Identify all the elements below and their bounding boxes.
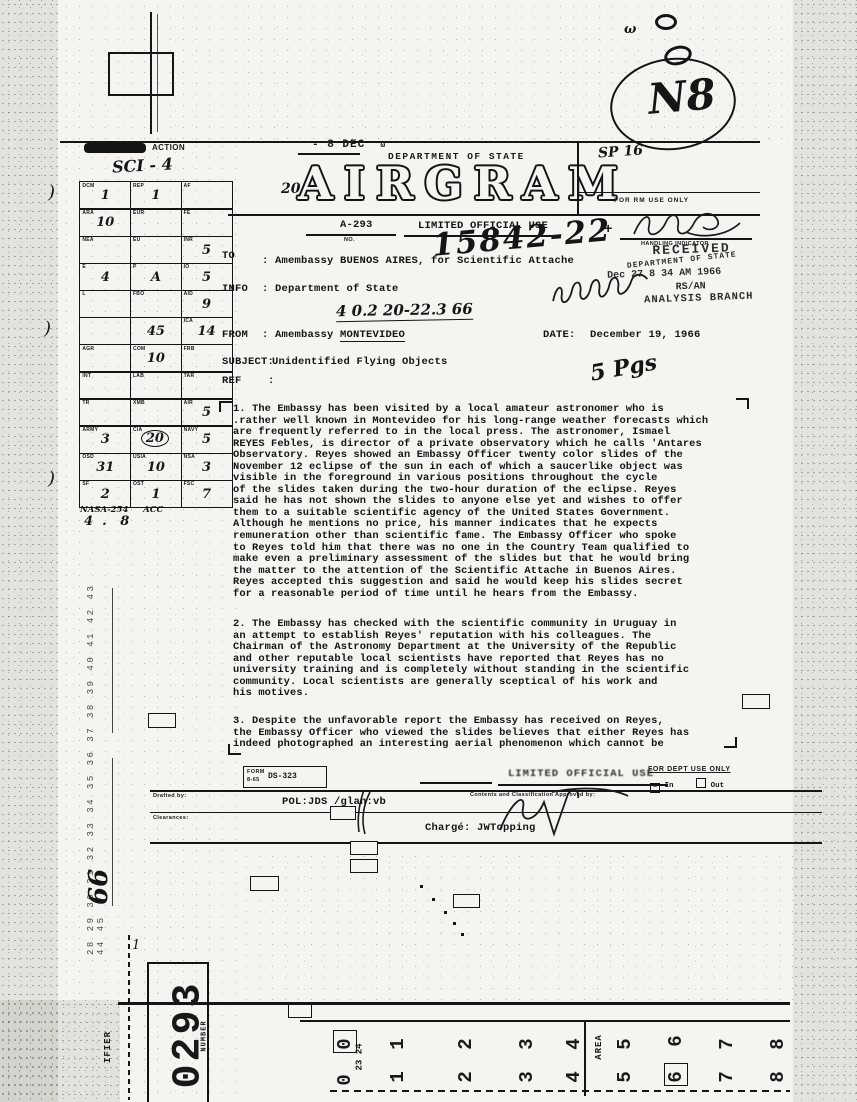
distribution-row: TRXMBAIR5 (80, 399, 232, 426)
number-label: NUMBER (201, 1020, 209, 1051)
distribution-cell: ARA10 (79, 208, 131, 237)
action-blackout (84, 143, 146, 153)
to-label: TO (222, 251, 235, 263)
right-margin-noise (793, 0, 857, 1102)
distribution-cell: TR (79, 398, 131, 427)
distribution-cell-label: L (82, 291, 85, 297)
digit: 1 (387, 1066, 409, 1082)
form-label: FORM (247, 769, 265, 775)
punch-box (350, 859, 378, 873)
paragraph-3: 3. Despite the unfavorable report the Em… (233, 716, 741, 751)
punch-box (148, 713, 176, 728)
distribution-cell: NEA (79, 236, 131, 265)
digit-pairs-small: 23 24 (355, 1043, 365, 1070)
distribution-cell: INT (79, 371, 131, 400)
pages-note: 5 Pgs (588, 349, 659, 386)
dot (453, 922, 456, 925)
distribution-cell-value: 3 (182, 460, 232, 475)
distribution-cell: COM10 (130, 344, 182, 373)
clearance-line-2 (150, 812, 822, 813)
distribution-cell: OST1 (130, 480, 182, 509)
distribution-row: E4PAIO5 (80, 263, 232, 290)
digit-row-topline (300, 1020, 790, 1022)
distribution-cell (79, 317, 131, 346)
distribution-cell-label: EU (133, 237, 141, 243)
distribution-row: 45ICA14 (80, 318, 232, 345)
distribution-row: ARA10EURFE (80, 209, 232, 236)
charge-signature (492, 786, 632, 840)
ink-squiggle: ω (624, 22, 636, 37)
distribution-row: ARMY3CIA20NAVY5 (80, 426, 232, 453)
digit: 6 (665, 1030, 687, 1046)
airgram-title: AIRGRAM (298, 157, 629, 210)
out-checkbox (696, 778, 706, 788)
scanned-airgram-document: ) ) ) N8 ω ACTION SCI - 4 DCM1REP1AFARA1… (0, 0, 857, 1102)
area-label: AREA (594, 1034, 604, 1060)
ruler-line (112, 588, 113, 733)
distribution-cell: NAVY5 (181, 425, 233, 454)
distribution-row: AGRCOM10FRB (80, 345, 232, 372)
action-label: ACTION (152, 143, 185, 152)
dist-foot-values: 4 . 8 (84, 514, 129, 529)
punch-box (250, 876, 279, 891)
distribution-cell: LAB (130, 371, 182, 400)
distribution-cell-value: 31 (80, 460, 130, 475)
dot (432, 898, 435, 901)
left-margin-noise (0, 0, 58, 1102)
punch-box (330, 806, 356, 820)
action-value: SCI - 4 (112, 154, 174, 176)
top-left-box (108, 52, 174, 96)
handling-underline (620, 238, 752, 240)
distribution-cell-label: LAB (133, 373, 144, 379)
distribution-grid: DCM1REP1AFARA10EURFENEAEUINR5E4PAIO5LFBO… (80, 182, 232, 508)
margin-mark: ) (48, 468, 55, 489)
dot (444, 911, 447, 914)
digit: 1 (387, 1033, 409, 1049)
distribution-cell: XMB (130, 398, 182, 427)
rm-use-label: FOR RM USE ONLY (614, 197, 689, 204)
identifier-label: IFIER (103, 1031, 113, 1063)
date-received-stamp: - 8 DEC ω (312, 139, 386, 151)
info-label: INFO (222, 284, 248, 296)
distribution-cell: NSA3 (181, 453, 233, 482)
distribution-cell: SF2 (79, 480, 131, 509)
distribution-cell: FE (181, 208, 233, 237)
date-underline (298, 153, 360, 155)
distribution-cell: AGR (79, 344, 131, 373)
header-divider (577, 141, 579, 215)
distribution-row: INTLABTAR (80, 372, 232, 399)
digit: 0 (334, 1069, 356, 1085)
distribution-row: NEAEUINR5 (80, 236, 232, 263)
digit: 8 (767, 1066, 789, 1082)
distribution-cell-label: XMB (133, 400, 145, 406)
digit: 5 (614, 1066, 636, 1082)
footer-line-seg (420, 782, 492, 784)
distribution-cell-label: NEA (82, 237, 93, 243)
distribution-cell-value: 10 (80, 215, 130, 230)
distribution-cell: DCM1 (79, 181, 131, 210)
distribution-cell-label: TAR (184, 373, 195, 379)
subject-value: Unidentified Flying Objects (272, 357, 448, 369)
file-number: 4 0.2 20-22.3 66 (336, 300, 473, 322)
digit: 3 (516, 1033, 538, 1049)
distribution-cell-value: 1 (80, 188, 130, 203)
distribution-cell-label: INT (82, 373, 91, 379)
distribution-row: OSD31USIA10NSA3 (80, 453, 232, 480)
distribution-cell: FBO (130, 290, 182, 319)
distribution-cell-label: CIA (133, 427, 143, 433)
distribution-cell-value: 1 (131, 188, 181, 203)
distribution-cell: L (79, 290, 131, 319)
distribution-cell-value: 3 (80, 432, 130, 447)
form-number: DS-323 (268, 772, 297, 781)
lower-area-noise (238, 850, 793, 1010)
distribution-cell: OSD31 (79, 453, 131, 482)
distribution-cell: 45 (130, 317, 182, 346)
distribution-row: DCM1REP1AF (80, 182, 232, 209)
distribution-cell-value: 5 (182, 432, 232, 447)
bottom-rule (118, 1002, 790, 1005)
info-value: : Department of State (262, 284, 399, 296)
distribution-cell-value: 10 (131, 460, 181, 475)
from-city: MONTEVIDEO (340, 329, 405, 342)
from-label: FROM (222, 330, 248, 342)
digit: 0 (333, 1030, 357, 1052)
digit-pair: 1 1 (366, 1027, 430, 1089)
bracket-top-left (219, 401, 232, 412)
distribution-cell: EU (130, 236, 182, 265)
hand-mark-1: 1 (132, 938, 140, 953)
ruler-line (112, 758, 113, 906)
digit: 8 (767, 1033, 789, 1049)
punch-box (453, 894, 480, 908)
distribution-cell-label: EUR (133, 210, 144, 216)
clearance-line-3 (150, 842, 822, 844)
ref-label: REF (222, 376, 242, 388)
ink-scribble (547, 267, 655, 310)
dashed-edge-line (128, 935, 130, 1100)
area-divider (584, 1020, 586, 1096)
distribution-cell: E4 (79, 263, 131, 292)
distribution-row: SF2OST1FSC7 (80, 480, 232, 507)
airgram-number: A-293 (340, 220, 373, 232)
distribution-cell-value: 10 (131, 351, 181, 366)
margin-mark: ) (44, 318, 51, 339)
digit-pair: 8 8 (746, 1027, 810, 1089)
from-value: : Amembassy MONTEVIDEO (262, 330, 405, 342)
subject-label: SUBJECT: (222, 357, 274, 369)
distribution-cell-label: AGR (82, 346, 94, 352)
distribution-cell: AF (181, 181, 233, 210)
distribution-cell-value: 7 (182, 487, 232, 502)
digit: 3 (516, 1066, 538, 1082)
dept-use-label: FOR DEPT USE ONLY (648, 766, 731, 773)
distribution-cell: FSC7 (181, 480, 233, 509)
no-label: NO. (344, 237, 355, 243)
distribution-cell: REP1 (130, 181, 182, 210)
punch-box (350, 841, 378, 855)
distribution-cell: USIA10 (130, 453, 182, 482)
digit-row-bottomline (330, 1090, 790, 1092)
digit-pair: 2 2 (434, 1027, 498, 1089)
digit: 4 (563, 1033, 585, 1049)
digit: 7 (716, 1066, 738, 1082)
distribution-cell-label: FE (184, 210, 191, 216)
form-rev: 8-65 (247, 777, 260, 783)
page-left-number: 20 (281, 181, 300, 197)
dot (461, 933, 464, 936)
digit: 4 (563, 1066, 585, 1082)
sp-note: SP 16 (597, 142, 643, 161)
distribution-cell-value: 4 (80, 270, 130, 285)
no-underline (306, 234, 396, 236)
punch-box (288, 1004, 312, 1018)
paragraph-1: 1. The Embassy has been visited by a loc… (233, 404, 741, 600)
frame-number-box: 0293 NUMBER (147, 962, 209, 1102)
to-value: : Amembassy BUENOS AIRES, for Scientific… (262, 256, 574, 268)
margin-mark: ) (48, 182, 55, 203)
drafted-label: Drafted by: (153, 793, 186, 799)
distribution-cell-label: TR (82, 400, 89, 406)
distribution-cell: CIA20 (130, 425, 182, 454)
distribution-cell-label: FRB (184, 346, 195, 352)
distribution-cell-value: 2 (80, 487, 130, 502)
bottom-left-noise (0, 1000, 120, 1102)
distribution-cell-value: 45 (131, 324, 181, 339)
edge-note-text: N8 (646, 69, 718, 124)
classification-bottom: LIMITED OFFICIAL USE (508, 769, 654, 781)
distribution-cell: PA (130, 263, 182, 292)
distribution-cell-value: A (131, 270, 181, 285)
edge-line-2 (157, 14, 158, 132)
digit: 6 (664, 1063, 688, 1085)
distribution-cell: ARMY3 (79, 425, 131, 454)
distribution-row: LFBOAID9 (80, 291, 232, 318)
distribution-cell: EUR (130, 208, 182, 237)
edge-handwritten-66: 66 (84, 869, 114, 905)
form-number-box: FORM 8-65 DS-323 (243, 766, 327, 788)
dot (420, 885, 423, 888)
distribution-cell-value: 20 (141, 430, 169, 447)
dist-foot-right: ACC (143, 505, 163, 515)
edge-line (150, 12, 152, 134)
distribution-cell-label: AF (184, 183, 191, 189)
ink-blob (655, 14, 677, 30)
date-value: December 19, 1966 (590, 330, 701, 342)
rm-use-line (577, 192, 760, 193)
distribution-cell-value: 1 (131, 487, 181, 502)
distribution-cell-label: FBO (133, 291, 144, 297)
digit: 7 (716, 1033, 738, 1049)
digit: 5 (614, 1033, 636, 1049)
clearances-label: Clearances: (153, 815, 189, 821)
punch-box (742, 694, 770, 709)
distribution-cell-value: 9 (182, 297, 232, 312)
digit: 2 (455, 1033, 477, 1049)
date-label: DATE: (543, 330, 576, 342)
digit: 2 (455, 1066, 477, 1082)
ref-colon: : (268, 376, 275, 388)
paragraph-2: 2. The Embassy has checked with the scie… (233, 619, 741, 700)
